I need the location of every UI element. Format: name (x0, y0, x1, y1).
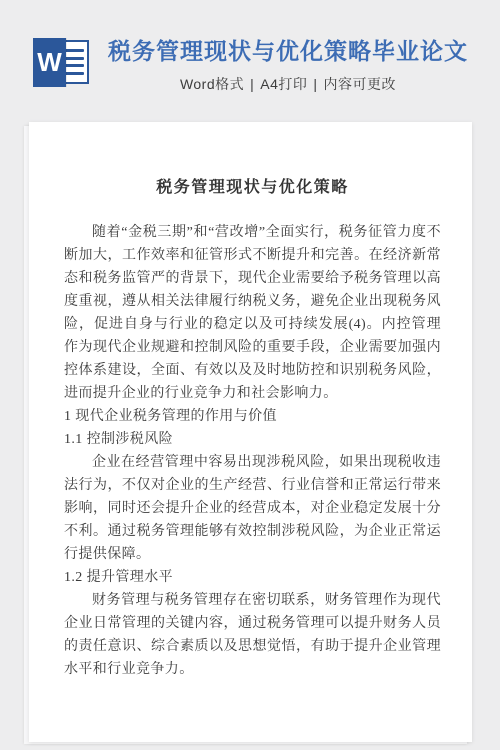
document-title: 税务管理现状与优化策略 (64, 174, 441, 197)
heading-section-1-1: 1.1 控制涉税风险 (64, 428, 441, 451)
word-icon-textline (63, 57, 84, 60)
subtitle-separator: | (244, 76, 260, 92)
page-background: W 税务管理现状与优化策略毕业论文 Word格式|A4打印|内容可更改 税务管理… (0, 0, 500, 750)
subtitle-print: A4打印 (260, 76, 307, 92)
word-icon-textline (63, 72, 84, 75)
heading-section-1: 1 现代企业税务管理的作用与价值 (64, 405, 441, 428)
document-body: 随着“金税三期”和“营改增”全面实行，税务征管力度不断加大，工作效率和征管形式不… (64, 221, 441, 681)
word-icon: W (33, 38, 89, 87)
document-page: 税务管理现状与优化策略 随着“金税三期”和“营改增”全面实行，税务征管力度不断加… (29, 122, 472, 742)
word-icon-textline (63, 49, 84, 52)
word-icon-letter: W (33, 38, 66, 87)
page-subtitle: Word格式|A4打印|内容可更改 (180, 74, 396, 94)
paragraph-risk-control: 企业在经营管理中容易出现涉税风险，如果出现税收违法行为，不仅对企业的生产经营、行… (64, 451, 441, 566)
word-icon-textline (63, 64, 84, 67)
paragraph-intro: 随着“金税三期”和“营改增”全面实行，税务征管力度不断加大，工作效率和征管形式不… (64, 221, 441, 405)
heading-section-1-2: 1.2 提升管理水平 (64, 566, 441, 589)
subtitle-separator: | (307, 76, 323, 92)
header-text: 税务管理现状与优化策略毕业论文 Word格式|A4打印|内容可更改 (108, 38, 468, 94)
subtitle-format: Word格式 (180, 76, 244, 92)
paragraph-management: 财务管理与税务管理存在密切联系，财务管理作为现代企业日常管理的关键内容，通过税务… (64, 589, 441, 681)
header: W 税务管理现状与优化策略毕业论文 Word格式|A4打印|内容可更改 (33, 38, 468, 94)
subtitle-editable: 内容可更改 (324, 76, 397, 92)
page-title: 税务管理现状与优化策略毕业论文 (108, 38, 468, 66)
